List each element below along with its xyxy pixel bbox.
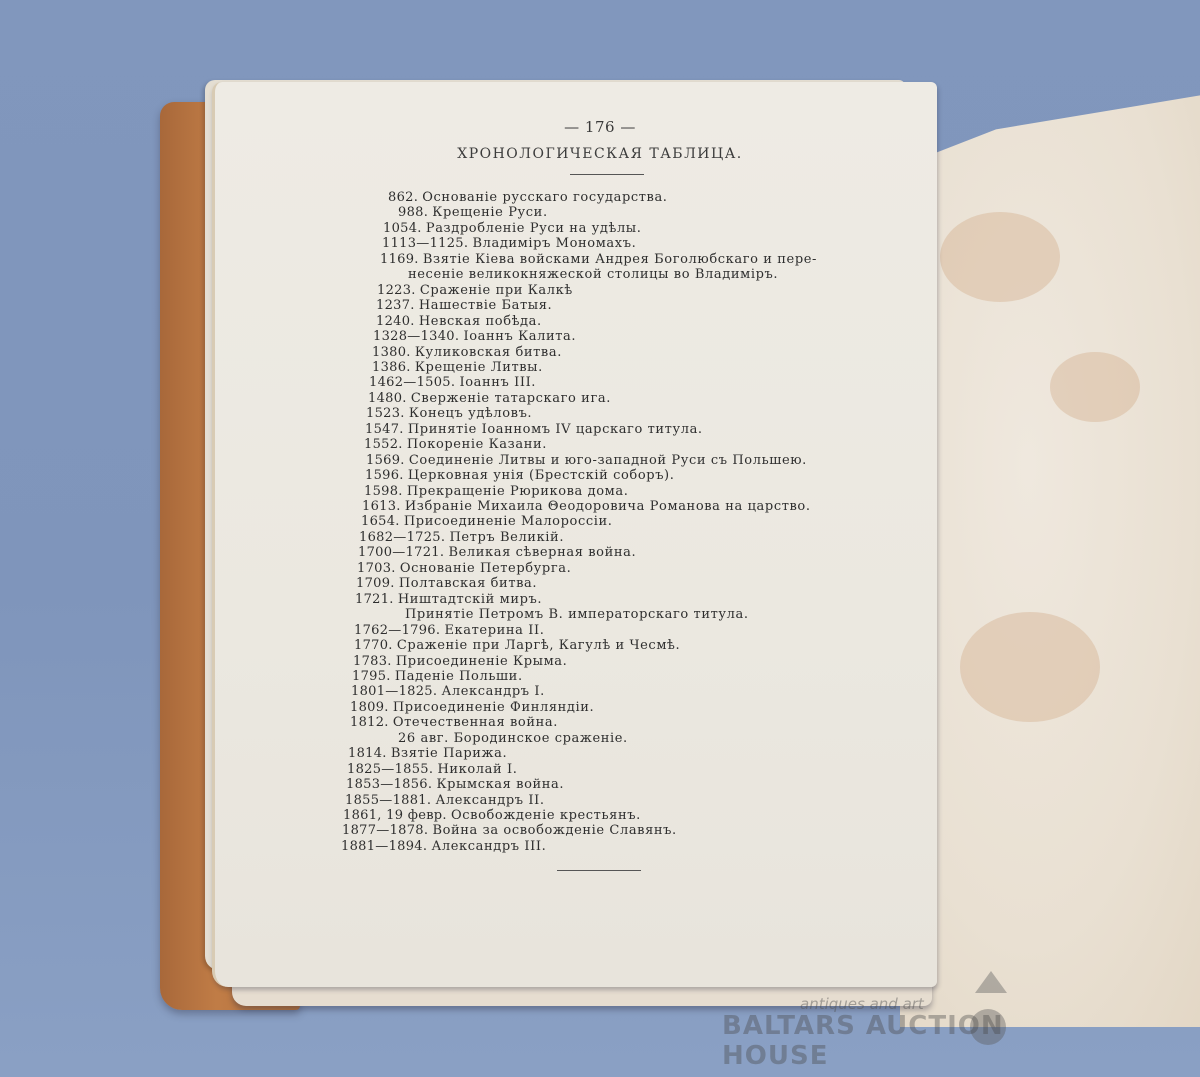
chronology-entry: 1855—1881. Александръ II. — [345, 793, 545, 808]
entry-text: Основанiе русскаго государства. — [422, 190, 667, 205]
entry-text: Церковная унiя (Брестскiй соборъ). — [408, 468, 675, 483]
entry-text: Александръ II. — [435, 793, 544, 808]
chronology-entry: 1598. Прекращенiе Рюрикова дома. — [364, 484, 628, 499]
entry-text: Крещенiе Руси. — [432, 205, 547, 220]
entry-text: Покоренiе Казани. — [407, 437, 547, 452]
entry-year: 1700—1721. — [358, 545, 444, 560]
chronology-entry: 1613. Избранiе Михаила Θеодоровича Роман… — [362, 499, 811, 514]
entry-text: Петръ Великiй. — [449, 530, 564, 545]
entry-year: 1380. — [372, 345, 411, 360]
entry-text: Сраженiе при Ларгѣ, Кагулѣ и Чесмѣ. — [397, 638, 680, 653]
entry-year: 1853—1856. — [346, 777, 432, 792]
entry-text: Избранiе Михаила Θеодоровича Романова на… — [405, 499, 811, 514]
entry-year: 1223. — [377, 283, 416, 298]
entry-text: Принятiе Іоанномъ IV царскаго титула. — [408, 422, 703, 437]
entry-year: 1598. — [364, 484, 403, 499]
entry-text: Взятiе Парижа. — [391, 746, 507, 761]
chronology-entry: 1703. Основанiе Петербурга. — [357, 561, 571, 576]
entry-year: 1881—1894. — [341, 839, 427, 854]
chronology-entry: 1223. Сраженiе при Калкѣ — [377, 283, 573, 298]
entry-text: Соединенiе Литвы и юго-западной Руси съ … — [409, 453, 807, 468]
chronology-entry: 1480. Сверженiе татарскаго ига. — [368, 391, 611, 406]
entry-text: Невская побѣда. — [419, 314, 542, 329]
entry-text: Конецъ удѣловъ. — [409, 406, 532, 421]
entry-text: Нашествiе Батыя. — [419, 298, 552, 313]
entry-text: Владимiръ Мономахъ. — [472, 236, 636, 251]
entry-year: 1386. — [372, 360, 411, 375]
entry-year: 1169. — [380, 252, 419, 267]
entry-year: 1721. — [355, 592, 394, 607]
entry-year: 1328—1340. — [373, 329, 459, 344]
entry-year: 1809. — [350, 700, 389, 715]
entry-text: Николай I. — [437, 762, 517, 777]
entry-text: Взятiе Кiева войсками Андрея Боголюбскаг… — [423, 252, 817, 267]
entry-text: Сраженiе при Калкѣ — [420, 283, 573, 298]
chronology-entry: 1861, 19 февр. Освобожденiе крестьянъ. — [343, 808, 641, 823]
chronology-entry: 1795. Паденiе Польши. — [352, 669, 523, 684]
chronology-entry: 1380. Куликовская битва. — [372, 345, 562, 360]
chronology-entry: 1721. Ништадтскiй миръ. — [355, 592, 542, 607]
chronology-entry: 26 авг. Бородинское сраженiе. — [398, 731, 628, 746]
chronology-entry: 1825—1855. Николай I. — [347, 762, 517, 777]
chronology-entry: 1054. Раздробленiе Руси на удѣлы. — [383, 221, 641, 236]
chronology-entry: 1709. Полтавская битва. — [356, 576, 537, 591]
entry-year: 1523. — [366, 406, 405, 421]
chronology-entry: 1812. Отечественная война. — [350, 715, 558, 730]
chronology-entry: 1783. Присоединенiе Крыма. — [353, 654, 567, 669]
entry-year: 1113—1125. — [382, 236, 468, 251]
entry-year: 862. — [388, 190, 418, 205]
chronology-entry: 1801—1825. Александръ I. — [351, 684, 545, 699]
entry-text: Освобожденiе крестьянъ. — [451, 808, 641, 823]
chronology-entry: 1237. Нашествiе Батыя. — [376, 298, 552, 313]
chronology-entry: 1552. Покоренiе Казани. — [364, 437, 547, 452]
entry-text: Присоединенiе Малороссiи. — [404, 514, 613, 529]
chronology-entry: 1814. Взятiе Парижа. — [348, 746, 507, 761]
entry-year: 1596. — [365, 468, 404, 483]
entry-year: 1770. — [354, 638, 393, 653]
entry-year: 1480. — [368, 391, 407, 406]
entry-year: 1814. — [348, 746, 387, 761]
entry-text: Раздробленiе Руси на удѣлы. — [426, 221, 642, 236]
entry-text: Полтавская битва. — [399, 576, 537, 591]
entry-text: Крещенiе Литвы. — [415, 360, 543, 375]
entry-year: 1762—1796. — [354, 623, 440, 638]
entry-year: 1462—1505. — [369, 375, 455, 390]
entry-text: Паденiе Польши. — [395, 669, 523, 684]
chronology-entry: 1569. Соединенiе Литвы и юго-западной Ру… — [366, 453, 807, 468]
entry-text: Основанiе Петербурга. — [400, 561, 571, 576]
entry-year: 1709. — [356, 576, 395, 591]
entry-year: 1054. — [383, 221, 422, 236]
entry-text: Сверженiе татарскаго ига. — [411, 391, 611, 406]
entry-text: Принятiе Петромъ В. императорскаго титул… — [405, 607, 749, 622]
chronology-entry: 1770. Сраженiе при Ларгѣ, Кагулѣ и Чесмѣ… — [354, 638, 680, 653]
entry-year: 1795. — [352, 669, 391, 684]
chronology-entry: Принятiе Петромъ В. императорскаго титул… — [405, 607, 749, 622]
chronology-entry: 1877—1878. Война за освобожденiе Славянъ… — [342, 823, 677, 838]
chronology-entry: 1328—1340. Іоаннъ Калита. — [373, 329, 576, 344]
entry-text: Іоаннъ Калита. — [463, 329, 576, 344]
entry-year: 1812. — [350, 715, 389, 730]
entry-text: Прекращенiе Рюрикова дома. — [407, 484, 629, 499]
entry-year: 1547. — [365, 422, 404, 437]
chronology-entry: несенiе великокняжеской столицы во Влади… — [408, 267, 778, 282]
entry-text: Война за освобожденiе Славянъ. — [432, 823, 676, 838]
chronology-entry: 1853—1856. Крымская война. — [346, 777, 564, 792]
entry-text: Куликовская битва. — [415, 345, 562, 360]
chronology-entry: 1809. Присоединенiе Финляндiи. — [350, 700, 594, 715]
entry-year: 1703. — [357, 561, 396, 576]
entry-year: 1801—1825. — [351, 684, 437, 699]
chronology-list: 862. Основанiе русскаго государства.988.… — [0, 0, 1200, 1077]
chronology-entry: 1596. Церковная унiя (Брестскiй соборъ). — [365, 468, 674, 483]
entry-text: Отечественная война. — [393, 715, 558, 730]
entry-text: Александръ III. — [431, 839, 546, 854]
chronology-entry: 1240. Невская побѣда. — [376, 314, 542, 329]
entry-text: Присоединенiе Финляндiи. — [393, 700, 594, 715]
chronology-entry: 862. Основанiе русскаго государства. — [388, 190, 668, 205]
entry-text: несенiе великокняжеской столицы во Влади… — [408, 267, 778, 282]
entry-text: Александръ I. — [441, 684, 544, 699]
chronology-entry: 1700—1721. Великая сѣверная война. — [358, 545, 636, 560]
entry-year: 1682—1725. — [359, 530, 445, 545]
chronology-entry: 988. Крещенiе Руси. — [398, 205, 548, 220]
end-divider — [557, 870, 641, 871]
chronology-entry: 1654. Присоединенiе Малороссiи. — [361, 514, 612, 529]
entry-text: Присоединенiе Крыма. — [396, 654, 568, 669]
entry-year: 1877—1878. — [342, 823, 428, 838]
chronology-entry: 1523. Конецъ удѣловъ. — [366, 406, 532, 421]
entry-text: Ништадтскiй миръ. — [398, 592, 542, 607]
entry-year: 1654. — [361, 514, 400, 529]
entry-year: 1855—1881. — [345, 793, 431, 808]
entry-year: 1552. — [364, 437, 403, 452]
entry-year: 1861, 19 февр. — [343, 808, 447, 823]
chronology-entry: 1881—1894. Александръ III. — [341, 839, 546, 854]
entry-year: 1569. — [366, 453, 405, 468]
entry-text: Екатерина II. — [444, 623, 544, 638]
entry-year: 1613. — [362, 499, 401, 514]
chronology-entry: 1169. Взятiе Кiева войсками Андрея Богол… — [380, 252, 817, 267]
chronology-entry: 1547. Принятiе Іоанномъ IV царскаго титу… — [365, 422, 703, 437]
entry-text: 26 авг. Бородинское сраженiе. — [398, 731, 628, 746]
chronology-entry: 1113—1125. Владимiръ Мономахъ. — [382, 236, 636, 251]
entry-year: 988. — [398, 205, 428, 220]
chronology-entry: 1386. Крещенiе Литвы. — [372, 360, 543, 375]
chronology-entry: 1762—1796. Екатерина II. — [354, 623, 544, 638]
entry-text: Великая сѣверная война. — [448, 545, 636, 560]
chronology-entry: 1462—1505. Іоаннъ III. — [369, 375, 536, 390]
entry-text: Іоаннъ III. — [459, 375, 536, 390]
entry-year: 1783. — [353, 654, 392, 669]
entry-year: 1237. — [376, 298, 415, 313]
entry-text: Крымская война. — [436, 777, 564, 792]
entry-year: 1825—1855. — [347, 762, 433, 777]
entry-year: 1240. — [376, 314, 415, 329]
chronology-entry: 1682—1725. Петръ Великiй. — [359, 530, 564, 545]
